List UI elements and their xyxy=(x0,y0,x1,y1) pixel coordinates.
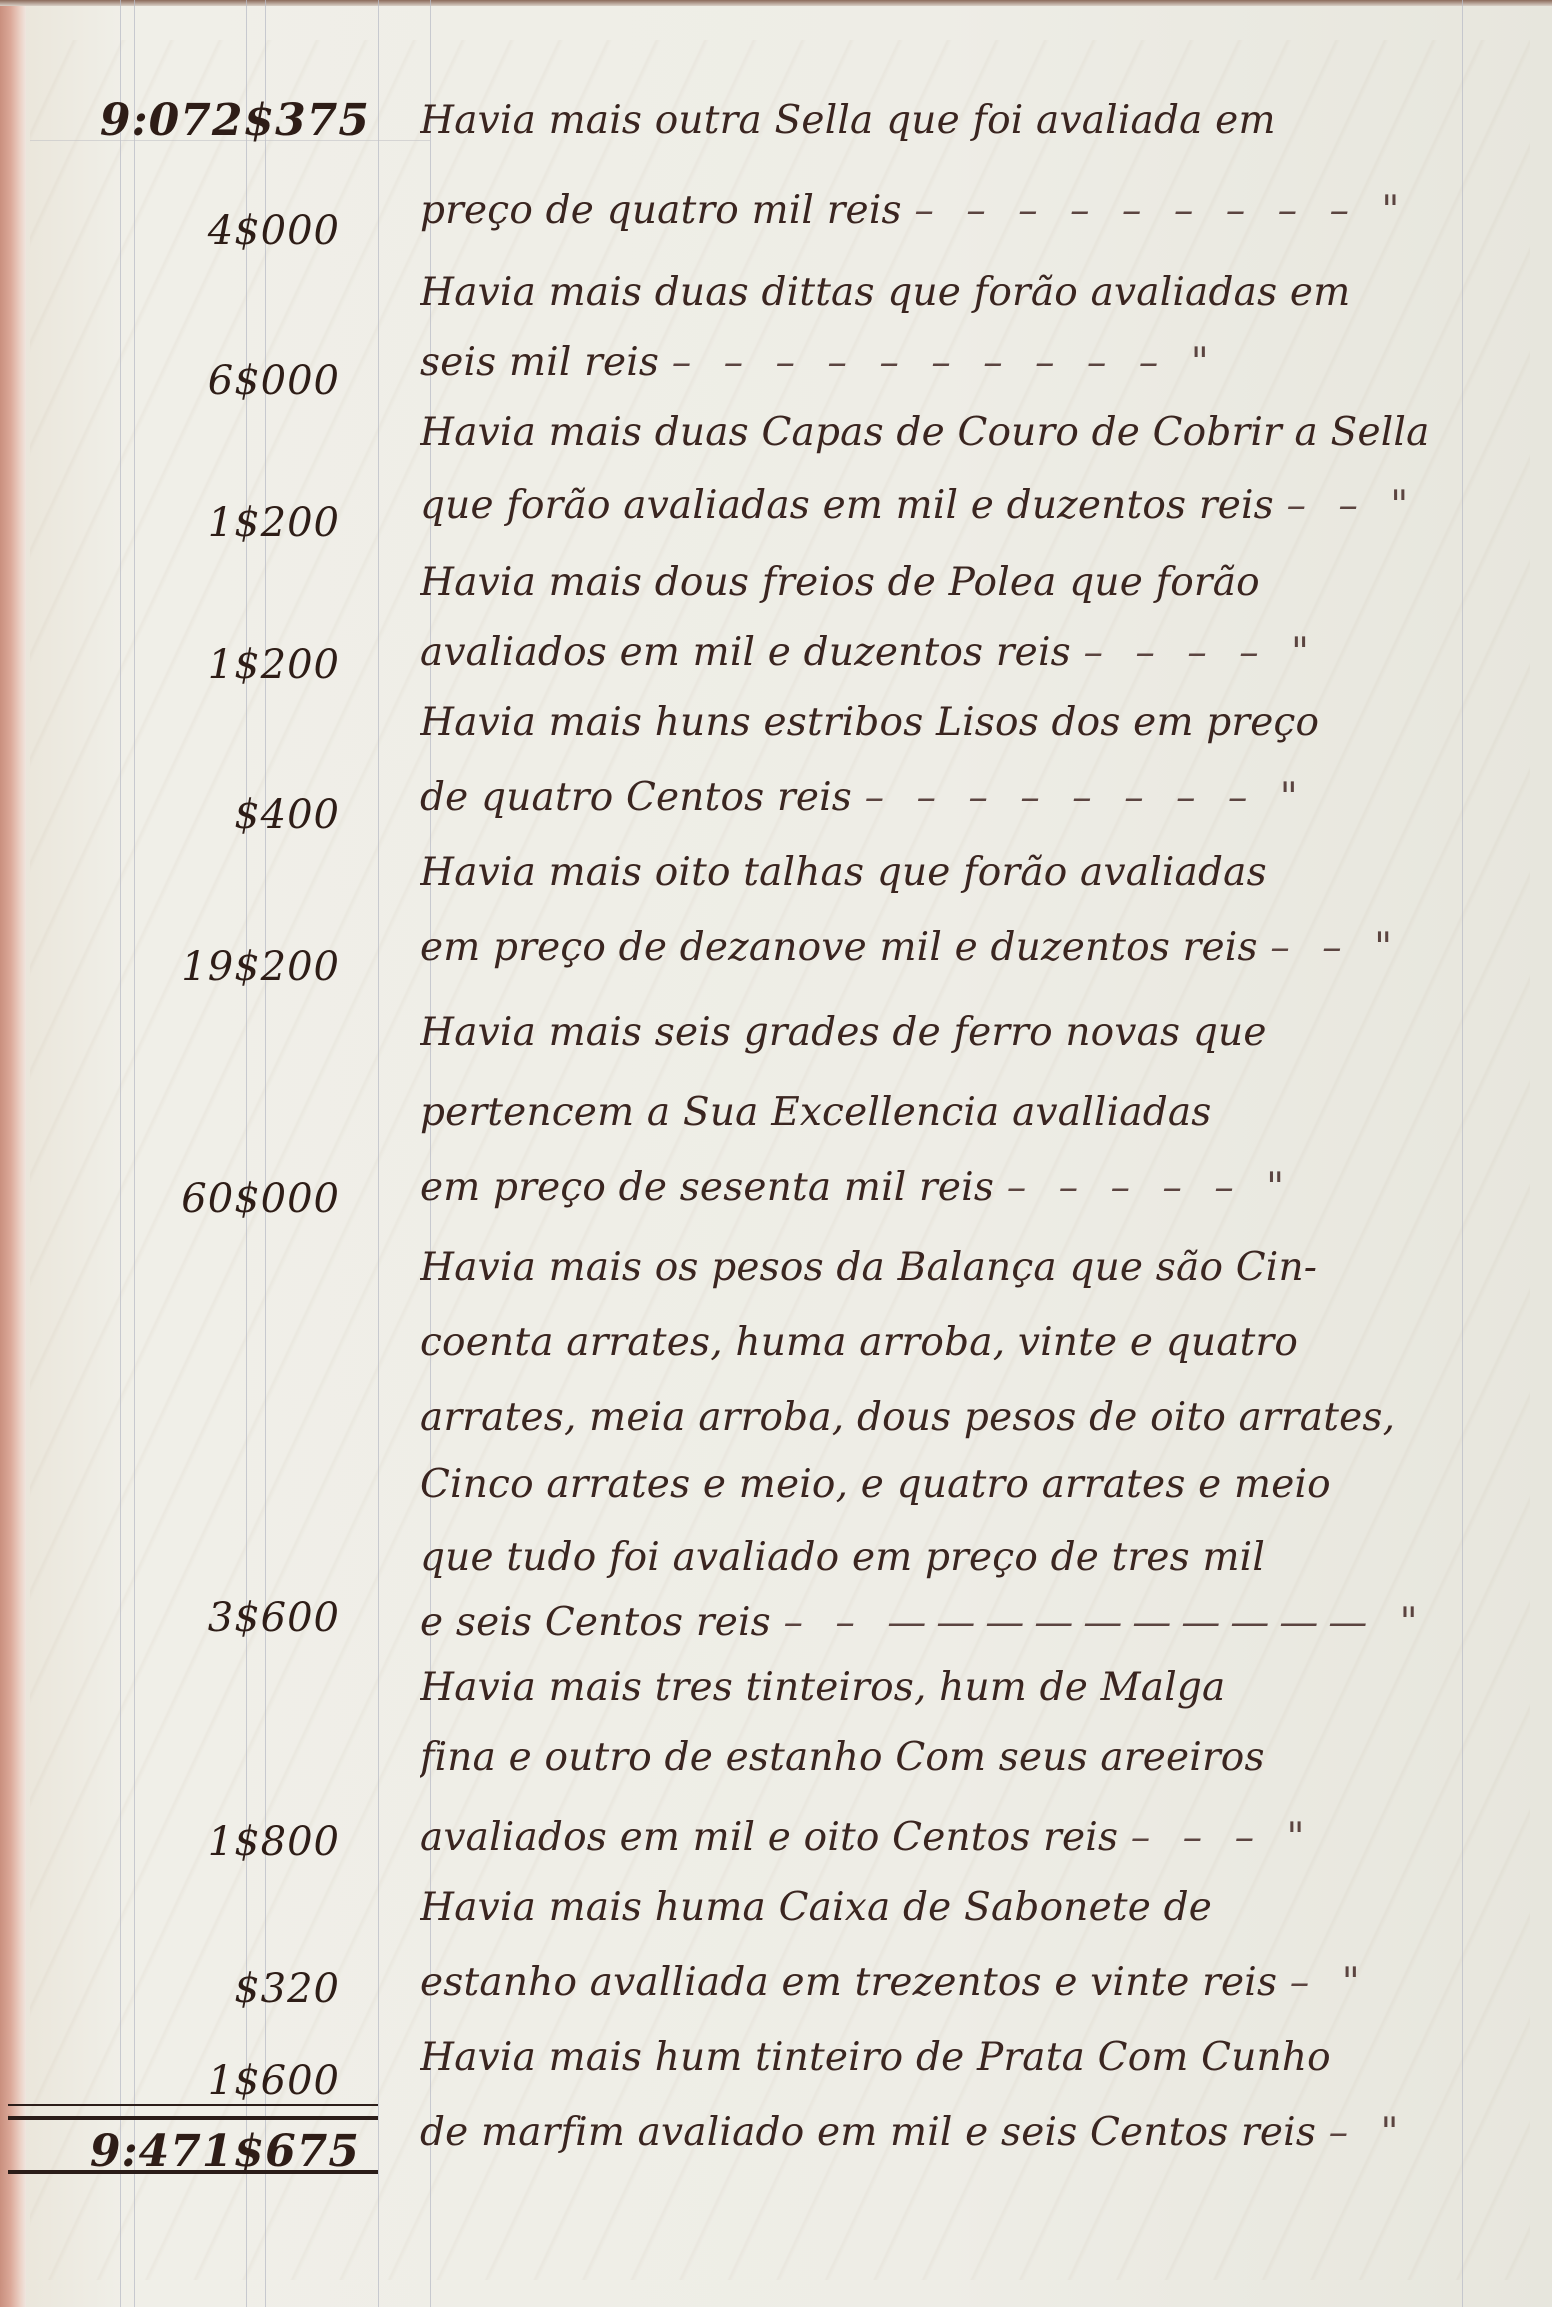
text-line: Havia mais os pesos da Balança que são C… xyxy=(420,1245,1480,1290)
total-rule xyxy=(8,2116,378,2120)
ruling-line xyxy=(134,0,135,2307)
text-line: Havia mais oito talhas que forão avaliad… xyxy=(420,850,1480,895)
carried-forward-amount: 9:072$375 xyxy=(0,95,370,146)
amount-entry: $320 xyxy=(0,1966,340,2012)
text-line: Havia mais seis grades de ferro novas qu… xyxy=(420,1010,1480,1055)
ruling-line xyxy=(246,0,247,2307)
text-line: Havia mais hum tinteiro de Prata Com Cun… xyxy=(420,2035,1480,2080)
text-line: em preço de sesenta mil reis – – – – – " xyxy=(420,1165,1480,1210)
ruling-line xyxy=(265,0,266,2307)
text-line: Havia mais huma Caixa de Sabonete de xyxy=(420,1885,1480,1930)
amount-entry: 1$800 xyxy=(0,1819,340,1865)
text-line: seis mil reis – – – – – – – – – – " xyxy=(420,340,1480,385)
text-line: arrates, meia arroba, dous pesos de oito… xyxy=(420,1395,1480,1440)
text-line: avaliados em mil e duzentos reis – – – –… xyxy=(420,630,1480,675)
text-line: em preço de dezanove mil e duzentos reis… xyxy=(420,925,1480,970)
ledger-page: 9:072$375 4$000 6$000 1$200 1$200 $400 1… xyxy=(0,0,1552,2307)
text-line: de quatro Centos reis – – – – – – – – " xyxy=(420,775,1480,820)
amount-entry: $400 xyxy=(0,792,340,838)
amount-entry: 1$200 xyxy=(0,500,340,546)
text-line: preço de quatro mil reis – – – – – – – –… xyxy=(420,188,1480,233)
text-line: Havia mais huns estribos Lisos dos em pr… xyxy=(420,700,1480,745)
amount-entry: 1$600 xyxy=(0,2058,340,2104)
text-line: de marfim avaliado em mil e seis Centos … xyxy=(420,2110,1480,2155)
amount-entry: 19$200 xyxy=(0,944,340,990)
text-line: que tudo foi avaliado em preço de tres m… xyxy=(420,1535,1480,1580)
amount-entry: 4$000 xyxy=(0,208,340,254)
text-line: coenta arrates, huma arroba, vinte e qua… xyxy=(420,1320,1480,1365)
amount-entry: 1$200 xyxy=(0,642,340,688)
total-rule-bottom xyxy=(8,2170,378,2174)
amount-entry: 60$000 xyxy=(0,1176,340,1222)
text-line: estanho avalliada em trezentos e vinte r… xyxy=(420,1960,1480,2005)
text-line: fina e outro de estanho Com seus areeiro… xyxy=(420,1735,1480,1780)
total-rule-top xyxy=(8,2104,378,2106)
text-line: Havia mais tres tinteiros, hum de Malga xyxy=(420,1665,1480,1710)
page-binding-edge xyxy=(0,0,26,2307)
text-line: e seis Centos reis – – —————————— " xyxy=(420,1600,1480,1645)
text-line: Havia mais duas Capas de Couro de Cobrir… xyxy=(420,410,1480,455)
amount-entry: 6$000 xyxy=(0,358,340,404)
amount-entry: 3$600 xyxy=(0,1595,340,1641)
text-line: Havia mais dous freios de Polea que forã… xyxy=(420,560,1480,605)
text-line: Havia mais duas dittas que forão avaliad… xyxy=(420,270,1480,315)
page-top-edge xyxy=(0,0,1552,6)
ruling-line xyxy=(378,0,379,2307)
text-line: pertencem a Sua Excellencia avalliadas xyxy=(420,1090,1480,1135)
text-line: avaliados em mil e oito Centos reis – – … xyxy=(420,1815,1480,1860)
text-line: Cinco arrates e meio, e quatro arrates e… xyxy=(420,1462,1480,1507)
ruling-line xyxy=(120,0,121,2307)
text-line: que forão avaliadas em mil e duzentos re… xyxy=(420,483,1480,528)
text-line: Havia mais outra Sella que foi avaliada … xyxy=(420,98,1480,143)
